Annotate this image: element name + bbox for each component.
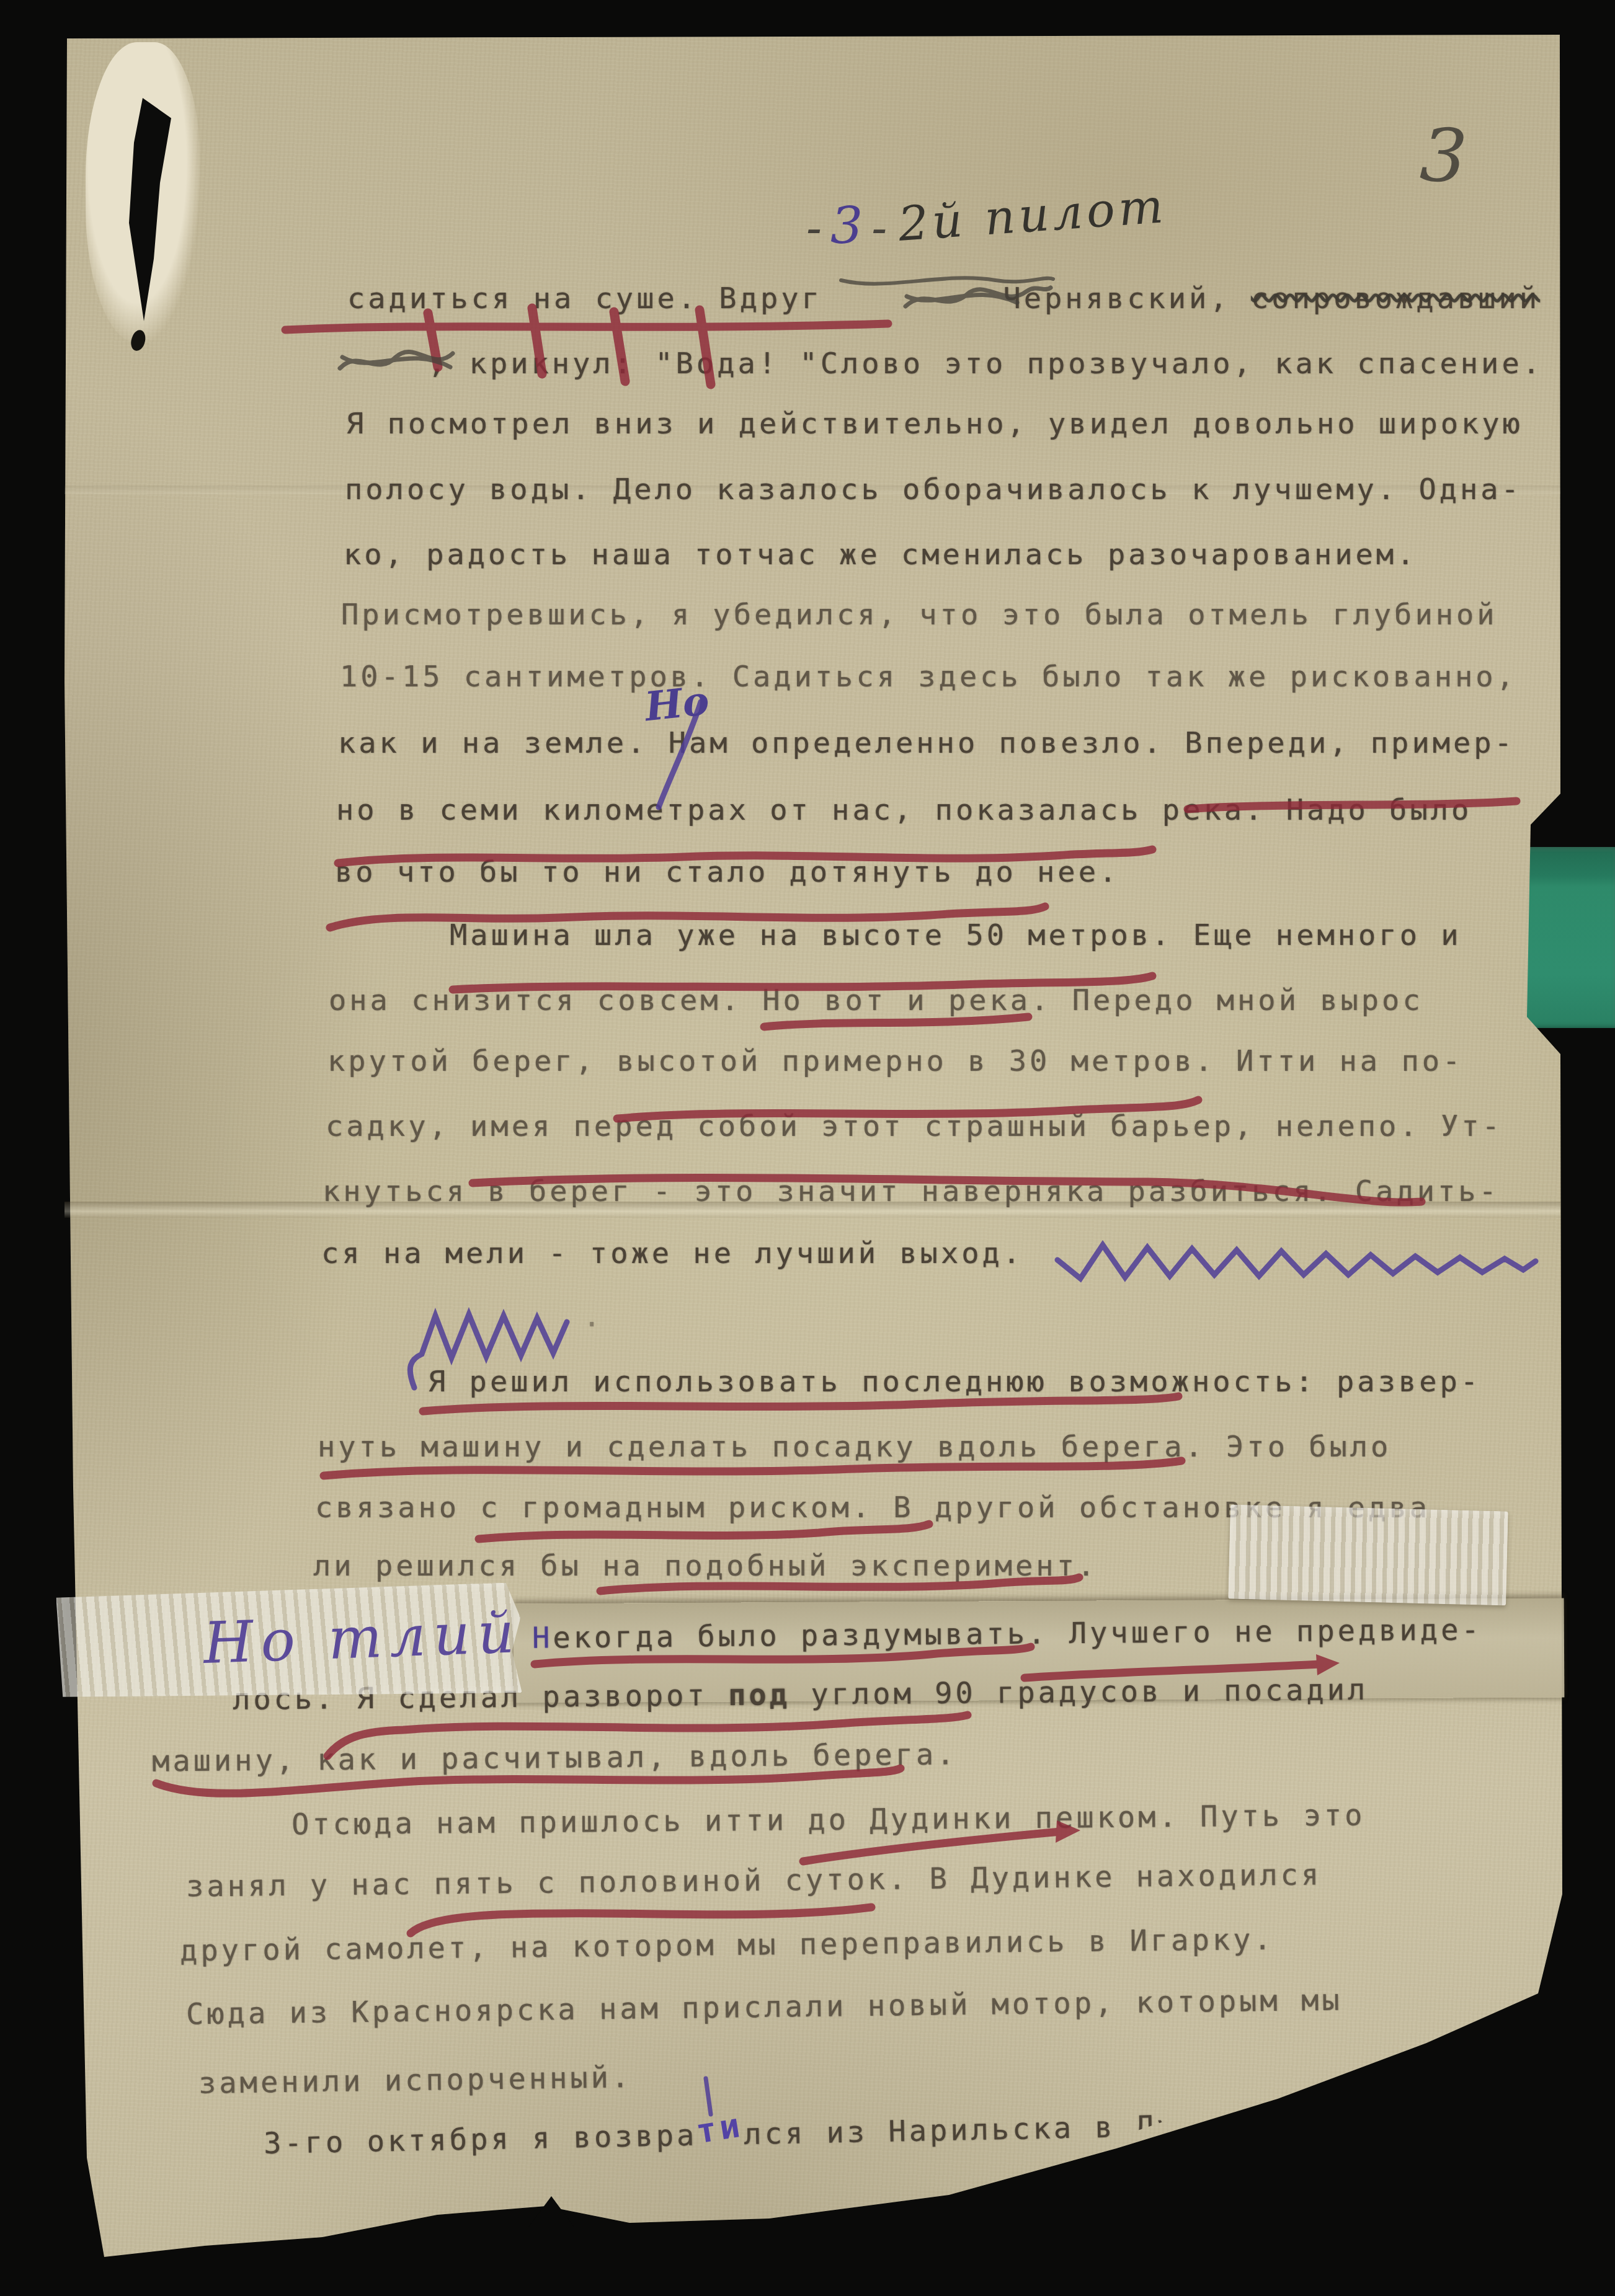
typed-text-layer: садиться на суше. Вдруг Чернявский, сопр… — [0, 0, 1615, 2296]
typed-segment: крутой берег, высотой примерно в 30 метр… — [327, 1044, 1463, 1078]
scanned-document-page: садиться на суше. Вдруг Чернявский, сопр… — [0, 0, 1615, 2296]
typed-segment: садку, имея перед собой этот страшный ба… — [326, 1109, 1503, 1143]
typed-segment: она снизится совсем. Но вот и река. Пере… — [329, 983, 1423, 1017]
page-number-handwritten: 3 — [1418, 112, 1469, 200]
dash: - — [871, 202, 887, 255]
typed-segment: Чернявский, — [982, 281, 1251, 316]
typed-segment: заменили испорченный. — [198, 2060, 633, 2101]
typed-segment: углом 90 градусов и посадил — [790, 1673, 1369, 1712]
typed-segment: как и на земле. Нам определенно повезло.… — [338, 726, 1515, 760]
typed-segment: Отсюда нам пришлось итти до Дудинки пешк… — [291, 1798, 1366, 1842]
typed-segment-gap — [335, 372, 428, 373]
typed-segment-faint: . — [583, 1300, 603, 1334]
typed-line: как и на земле. Нам определенно повезло.… — [338, 729, 1515, 758]
dash: - — [806, 202, 822, 255]
tape-handwritten-note: Но тлий — [202, 1599, 523, 1677]
typed-line: . — [428, 1302, 603, 1331]
typed-line: заменили испорченный. — [198, 2063, 633, 2098]
typed-line: крутой берег, высотой примерно в 30 метр… — [327, 1047, 1463, 1076]
typed-segment: во что бы то ни стало дотянуть до нее. — [335, 855, 1119, 889]
typed-segment: другой самолет, на котором мы переправил… — [180, 1923, 1275, 1968]
typed-line: , крикнул: "Вода! "Слово это прозвучало,… — [335, 349, 1543, 378]
typed-line: Отсюда нам пришлось итти до Дудинки пешк… — [291, 1801, 1366, 1839]
typed-segment: ся на мели - тоже не лучший выход. — [321, 1236, 1044, 1270]
typed-segment: Сюда из Красноярска нам прислали новый м… — [186, 1984, 1343, 2032]
typed-segment: ли решился бы на подобный эксперимент. — [313, 1549, 1119, 1583]
typed-line: но в семи километрах от нас, показалась … — [336, 796, 1472, 825]
typed-segment: 3-го октября я возвра — [264, 2119, 698, 2161]
typed-segment: нуть машину и сделать посадку вдоль бере… — [318, 1430, 1391, 1464]
typed-segment-gap — [1044, 1262, 1416, 1263]
typed-line: садку, имея перед собой этот страшный ба… — [326, 1112, 1503, 1141]
typed-line: Сюда из Красноярска нам прислали новый м… — [186, 1986, 1343, 2029]
typed-line: Некогда было раздумывать. Лучшего не пре… — [532, 1615, 1482, 1652]
typed-line: ко, радость наша тотчас же сменилась раз… — [344, 540, 1417, 569]
typed-line: во что бы то ни стало дотянуть до нее. — [335, 858, 1119, 887]
typed-segment: екогда было раздумывать. Лучшего не пред… — [553, 1613, 1482, 1655]
typed-line: занял у нас пять с половиной суток. В Ду… — [186, 1860, 1322, 1901]
typed-segment: занял у нас пять с половиной суток. В Ду… — [186, 1858, 1322, 1904]
typed-line: Я решил использовать последнюю возможнос… — [428, 1367, 1481, 1396]
typed-segment-bold: под — [728, 1678, 790, 1713]
typed-line: 10-15 сантиметров. Садиться здесь было т… — [340, 662, 1517, 691]
typed-segment-purple-ins: ти — [694, 2108, 745, 2148]
typed-segment: полосу воды. Дело казалось оборачивалось… — [345, 472, 1522, 507]
typed-line: машину, как и расчитывал, вдоль берега. — [152, 1740, 958, 1776]
typed-line: кнуться в берег - это значит наверняка р… — [323, 1177, 1500, 1206]
typed-line: ли решился бы на подобный эксперимент. — [313, 1551, 1119, 1580]
typed-segment: Я посмотрел вниз и действительно, увидел… — [346, 407, 1523, 441]
typed-segment-purple: Н — [532, 1621, 553, 1655]
typed-segment: Присмотревшись, я убедился, что это была… — [341, 598, 1498, 632]
typed-line: нуть машину и сделать посадку вдоль бере… — [318, 1432, 1391, 1461]
center-page-number: 3 — [822, 197, 871, 256]
typed-segment-gap — [428, 1325, 583, 1326]
correction-word-no: Но — [643, 678, 711, 730]
tape-patch-right — [1228, 1505, 1508, 1606]
typed-segment: кнуться в берег - это значит наверняка р… — [323, 1174, 1500, 1208]
typed-line: она снизится совсем. Но вот и река. Пере… — [329, 986, 1423, 1015]
typed-segment: Я решил использовать последнюю возможнос… — [428, 1365, 1481, 1399]
typed-segment: ко, радость наша тотчас же сменилась раз… — [344, 538, 1417, 572]
typed-segment: машину, как и расчитывал, вдоль берега. — [152, 1737, 958, 1778]
typed-segment: 10-15 сантиметров. Садиться здесь было т… — [340, 660, 1517, 694]
typed-line: Машина шла уже на высоте 50 метров. Еще … — [450, 921, 1462, 950]
typed-line: другой самолет, на котором мы переправил… — [180, 1925, 1275, 1966]
typed-segment: Машина шла уже на высоте 50 метров. Еще … — [450, 918, 1462, 952]
typed-segment: но в семи километрах от нас, показалась … — [336, 793, 1472, 827]
typed-line: Я посмотрел вниз и действительно, увидел… — [346, 409, 1523, 438]
typed-line: садиться на суше. Вдруг Чернявский, сопр… — [347, 284, 1540, 313]
typed-line: ся на мели - тоже не лучший выход. — [321, 1239, 1416, 1268]
typed-segment-strike: сопровождавший — [1251, 281, 1540, 316]
typed-segment-gap — [843, 307, 982, 308]
typed-line: полосу воды. Дело казалось оборачивалось… — [345, 475, 1522, 504]
typed-segment: , крикнул: "Вода! "Слово это прозвучало,… — [428, 347, 1543, 381]
center-page-marker: -3- — [806, 197, 887, 256]
typed-segment: садиться на суше. Вдруг — [347, 281, 843, 316]
typed-line: Присмотревшись, я убедился, что это была… — [341, 600, 1498, 629]
